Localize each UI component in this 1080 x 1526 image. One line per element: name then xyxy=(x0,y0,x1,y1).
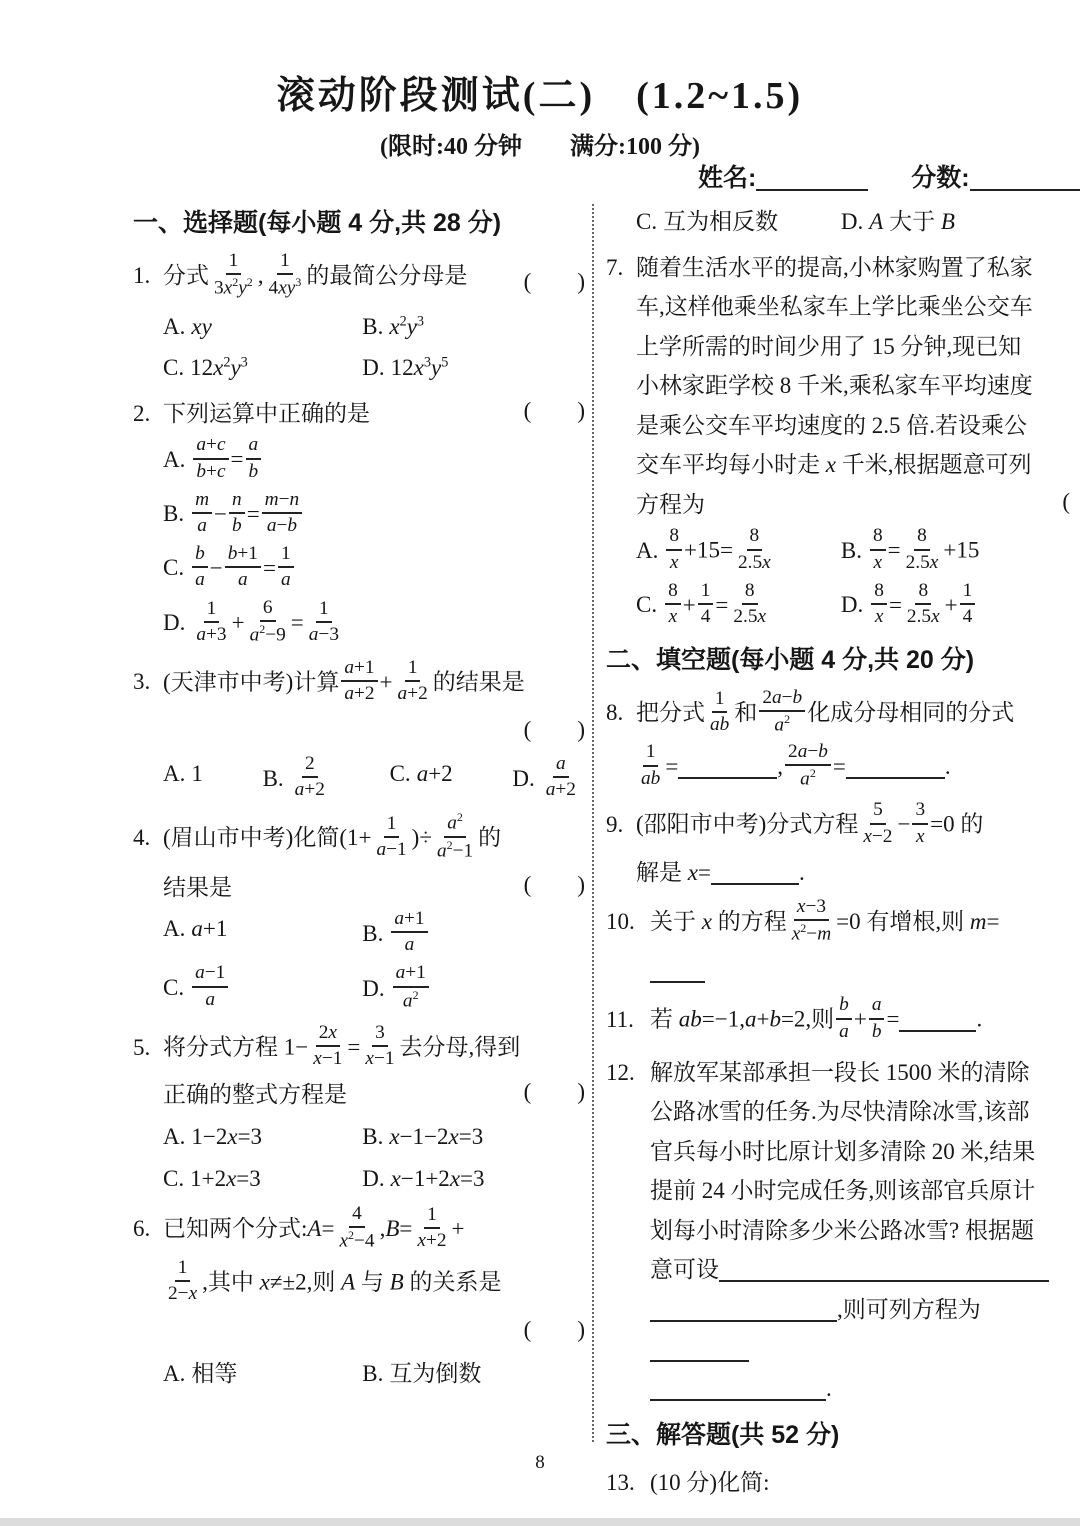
question-line: 方程为( xyxy=(636,485,1072,525)
fraction: x−3x2−m xyxy=(789,895,834,947)
option-label: A. xyxy=(163,761,185,786)
question-line: 3.(天津市中考)计算a+1a+2+1a+2的结果是 xyxy=(163,658,587,710)
fraction: 8x xyxy=(666,524,682,574)
answer-bracket: ( ) xyxy=(524,710,585,750)
fraction: 1a xyxy=(278,542,294,592)
option-A: A.8x+15=82.5x xyxy=(636,525,841,579)
fraction: b+1a xyxy=(225,542,261,592)
fraction: 14xy3 xyxy=(266,249,305,301)
question-9: 9.(邵阳市中考)分式方程5x−2−3x=0 的解是 x=. xyxy=(606,800,1072,892)
option-D: D.12x3y5 xyxy=(362,347,587,389)
option-label: C. xyxy=(163,355,184,380)
options-group: A.xyB.x2y3C.12x2y3D.12x3y5 xyxy=(163,306,587,389)
options-group: A.a+cb+c=abB.ma−nb=m−na−bC.ba−b+1a=1aD.1… xyxy=(163,434,587,653)
question-number: 10. xyxy=(606,902,650,942)
question-line: 5.将分式方程 1−2xx−1=3x−1去分母,得到 xyxy=(163,1023,587,1075)
option-label: D. xyxy=(841,592,863,617)
question-line: 小林家距学校 8 千米,乘私家车平均速度 xyxy=(636,366,1072,406)
question-2: 2.下列运算中正确的是( )A.a+cb+c=abB.ma−nb=m−na−bC… xyxy=(133,394,587,653)
question-number: 12. xyxy=(606,1053,650,1093)
section-heading: 一、选择题(每小题 4 分,共 28 分) xyxy=(133,202,587,245)
blank-line xyxy=(711,860,799,885)
option-label: D. xyxy=(841,209,863,234)
fraction: 6a2−9 xyxy=(247,596,289,648)
answer-bracket: ( xyxy=(1062,482,1070,522)
option-label: A. xyxy=(163,1124,185,1149)
page-title: 滚动阶段测试(二) (1.2~1.5) xyxy=(0,64,1080,119)
question-line: 8.把分式1ab和2a−ba2化成分母相同的分式 xyxy=(636,688,1072,742)
fraction: 1ab xyxy=(707,687,732,737)
option-B: B.8x=82.5x+15 xyxy=(841,525,1072,579)
option-C: C.a+2 xyxy=(390,753,453,807)
name-score-line: 姓名: 分数: xyxy=(698,158,1080,194)
question-line: 10.关于 x 的方程x−3x2−m=0 有增根,则 m= xyxy=(650,897,1072,951)
question-line: 意可设 xyxy=(650,1250,1072,1290)
option-A: A.1 xyxy=(163,753,203,807)
option-B: B.x2y3 xyxy=(362,306,587,348)
option-B: B.x−1−2x=3 xyxy=(362,1116,587,1158)
fraction: a+cb+c xyxy=(193,433,228,483)
option-D: D.A 大于 B xyxy=(841,201,1072,243)
bottom-scan-bar xyxy=(0,1518,1080,1526)
question-line: 12.解放军某部承担一段长 1500 米的清除 xyxy=(650,1053,1072,1093)
fraction: 13x2y2 xyxy=(211,249,256,301)
question-number: 5. xyxy=(133,1028,163,1068)
fraction: 1a+2 xyxy=(395,656,431,706)
fraction: 3x−1 xyxy=(362,1021,397,1071)
option-label: B. xyxy=(841,538,862,563)
option-label: D. xyxy=(512,766,534,791)
fraction: a+1a+2 xyxy=(341,656,377,706)
column-divider xyxy=(592,204,594,1442)
question-line: 1ab=,2a−ba2=. xyxy=(636,742,1072,796)
option-B: B.ma−nb=m−na−b xyxy=(163,489,587,543)
option-D: D.aa+2 xyxy=(512,753,581,807)
name-label: 姓名: xyxy=(698,164,756,192)
fraction: 1a−3 xyxy=(306,597,342,647)
question-number: 7. xyxy=(606,248,636,288)
question-line: 4.(眉山市中考)化简(1+1a−1)÷a2a2−1的 xyxy=(163,812,587,867)
question-11: 11.若 ab=−1,a+b=2,则ba+ab=. xyxy=(606,995,1072,1047)
page-number: 8 xyxy=(0,1452,1080,1474)
question-line: 提前 24 小时完成任务,则该部官兵原计 xyxy=(650,1171,1072,1211)
option-A: A.xy xyxy=(163,306,362,348)
question-line: 1.分式13x2y2,14xy3的最简公分母是( ) xyxy=(163,251,587,305)
option-label: B. xyxy=(362,1124,383,1149)
answer-bracket: ( ) xyxy=(524,1310,585,1350)
question-number: 1. xyxy=(133,256,163,296)
option-label: A. xyxy=(163,1361,185,1386)
question-line: 12−x,其中 x≠±2,则 A 与 B 的关系是 xyxy=(163,1258,587,1310)
question-line: 6.已知两个分式:A=4x2−4,B=1x+2+ xyxy=(163,1204,587,1258)
fraction: ab xyxy=(246,433,262,483)
blank-line xyxy=(678,754,777,779)
option-label: B. xyxy=(263,766,284,791)
fraction: 82.5x xyxy=(904,579,943,629)
question-number: 11. xyxy=(606,1000,650,1040)
question-line: 交车平均每小时走 x 千米,根据题意可列 xyxy=(636,445,1072,485)
option-C: C.1+2x=3 xyxy=(163,1158,362,1200)
answer-bracket: ( ) xyxy=(524,391,585,431)
question-line: . xyxy=(650,1369,1072,1409)
question-number: 3. xyxy=(133,662,163,702)
question-line: 官兵每小时比原计划多清除 20 米,结果 xyxy=(650,1132,1072,1172)
answer-bracket: ( ) xyxy=(524,1072,585,1112)
name-blank xyxy=(756,164,868,191)
fraction: 2a−ba2 xyxy=(785,740,831,792)
question-line: 车,这样他乘坐私家车上学比乘坐公交车 xyxy=(636,287,1072,327)
option-label: D. xyxy=(362,355,384,380)
fraction: 1x+2 xyxy=(414,1203,449,1253)
question-line: 2.下列运算中正确的是( ) xyxy=(163,394,587,434)
fraction: 5x−2 xyxy=(860,798,895,848)
fraction: a−1a xyxy=(192,961,228,1011)
option-C: C.12x2y3 xyxy=(163,347,362,389)
option-label: D. xyxy=(362,1166,384,1191)
option-A: A.a+cb+c=ab xyxy=(163,434,587,488)
question-3: 3.(天津市中考)计算a+1a+2+1a+2的结果是( )A.1B.2a+2C.… xyxy=(133,658,587,808)
option-C: C.ba−b+1a=1a xyxy=(163,543,587,597)
score-blank xyxy=(970,164,1080,191)
option-D: D.1a+3+6a2−9=1a−3 xyxy=(163,597,587,653)
blank-line xyxy=(650,1337,749,1362)
options-group: A.1B.2a+2C.a+2D.aa+2 xyxy=(163,753,587,807)
question-line: 上学所需的时间少用了 15 分钟,现已知 xyxy=(636,327,1072,367)
question-line: 11.若 ab=−1,a+b=2,则ba+ab=. xyxy=(650,995,1072,1047)
fraction: a2a2−1 xyxy=(434,810,476,863)
question-line: 划每小时清除多少米公路冰雪? 根据题 xyxy=(650,1211,1072,1251)
option-C: C.a−1a xyxy=(163,962,362,1018)
page-subtitle: (限时:40 分钟 满分:100 分) xyxy=(0,126,1080,161)
score-label: 分数: xyxy=(911,164,969,192)
question-5: 5.将分式方程 1−2xx−1=3x−1去分母,得到正确的整式方程是( )A.1… xyxy=(133,1023,587,1199)
question-line: 7.随着生活水平的提高,小林家购置了私家 xyxy=(636,248,1072,288)
answer-bracket: ( ) xyxy=(524,865,585,905)
option-label: C. xyxy=(636,592,657,617)
fraction: 82.5x xyxy=(730,579,769,629)
question-8: 8.把分式1ab和2a−ba2化成分母相同的分式1ab=,2a−ba2=. xyxy=(606,688,1072,795)
fraction: 82.5x xyxy=(903,524,942,574)
option-D: D.8x=82.5x+14 xyxy=(841,580,1072,634)
option-A: A.相等 xyxy=(163,1353,362,1395)
option-D: D.a+1a2 xyxy=(362,962,587,1018)
left-column: 一、选择题(每小题 4 分,共 28 分)1.分式13x2y2,14xy3的最简… xyxy=(133,200,587,1400)
option-label: D. xyxy=(362,976,384,1001)
option-A: A.a+1 xyxy=(163,908,362,962)
fraction: 1ab xyxy=(638,740,663,790)
options-group: A.1−2x=3B.x−1−2x=3C.1+2x=3D.x−1+2x=3 xyxy=(163,1116,587,1199)
options-group: A.a+1B.a+1aC.a−1aD.a+1a2 xyxy=(163,908,587,1018)
option-label: A. xyxy=(636,538,658,563)
options-group: A.8x+15=82.5xB.8x=82.5x+15C.8x+14=82.5xD… xyxy=(636,525,1072,634)
question-7: 7.随着生活水平的提高,小林家购置了私家车,这样他乘坐私家车上学比乘坐公交车上学… xyxy=(606,248,1072,634)
fraction: ba xyxy=(836,993,852,1043)
option-label: A. xyxy=(163,314,185,339)
question-line: 公路冰雪的任务.为尽快清除冰雪,该部 xyxy=(650,1092,1072,1132)
option-label: C. xyxy=(390,761,411,786)
question-line xyxy=(650,951,1072,991)
right-column: C.互为相反数D.A 大于 B7.随着生活水平的提高,小林家购置了私家车,这样他… xyxy=(606,200,1072,1507)
section-heading: 二、填空题(每小题 4 分,共 20 分) xyxy=(606,639,1072,682)
question-12: 12.解放军某部承担一段长 1500 米的清除公路冰雪的任务.为尽快清除冰雪,该… xyxy=(606,1053,1072,1409)
question-line: ( ) xyxy=(163,710,587,752)
option-label: C. xyxy=(636,209,657,234)
fraction: a+1a2 xyxy=(393,961,429,1013)
option-label: B. xyxy=(362,921,383,946)
test-paper-page: 滚动阶段测试(二) (1.2~1.5) (限时:40 分钟 满分:100 分) … xyxy=(0,0,1080,1526)
blank-line xyxy=(899,1007,976,1032)
question-line: 是乘公交车平均速度的 2.5 倍.若设乘公 xyxy=(636,406,1072,446)
fraction: ab xyxy=(869,993,885,1043)
question-line: ( ) xyxy=(163,1310,587,1352)
option-label: C. xyxy=(163,1166,184,1191)
option-label: B. xyxy=(362,1361,383,1386)
question-4: 4.(眉山市中考)化简(1+1a−1)÷a2a2−1的结果是( )A.a+1B.… xyxy=(133,812,587,1018)
option-C: C.互为相反数 xyxy=(636,201,841,243)
question-6: 6.已知两个分式:A=4x2−4,B=1x+2+12−x,其中 x≠±2,则 A… xyxy=(133,1204,587,1395)
fraction: 8x xyxy=(870,524,886,574)
option-B: B.2a+2 xyxy=(263,753,330,807)
options-group: A.相等B.互为倒数 xyxy=(163,1353,587,1395)
fraction: 1a−1 xyxy=(373,812,409,862)
fraction: 1a+3 xyxy=(193,597,229,647)
fraction: ma xyxy=(192,488,212,538)
question-number: 4. xyxy=(133,818,163,858)
fraction: aa+2 xyxy=(543,752,579,802)
option-label: B. xyxy=(362,314,383,339)
fraction: 3x xyxy=(912,798,928,848)
blank-line xyxy=(650,1297,837,1322)
option-label: D. xyxy=(163,610,185,635)
option-label: A. xyxy=(163,916,185,941)
question-options-continued: C.互为相反数D.A 大于 B xyxy=(606,201,1072,243)
question-line: 解是 x=. xyxy=(636,853,1072,893)
fraction: 14 xyxy=(960,579,976,629)
question-10: 10.关于 x 的方程x−3x2−m=0 有增根,则 m= xyxy=(606,897,1072,990)
question-number: 8. xyxy=(606,693,636,733)
option-label: C. xyxy=(163,975,184,1000)
options-group: C.互为相反数D.A 大于 B xyxy=(636,201,1072,243)
option-D: D.x−1+2x=3 xyxy=(362,1158,587,1200)
question-line: 正确的整式方程是( ) xyxy=(163,1075,587,1115)
fraction: m−na−b xyxy=(262,488,303,538)
fraction: ba xyxy=(192,542,208,592)
blank-line xyxy=(650,1376,826,1401)
fraction: 12−x xyxy=(165,1256,200,1306)
option-label: C. xyxy=(163,555,184,580)
option-C: C.8x+14=82.5x xyxy=(636,580,841,634)
fraction: 2a+2 xyxy=(292,752,328,802)
question-line: ,则可列方程为 xyxy=(650,1290,1072,1369)
fraction: 8x xyxy=(871,579,887,629)
fraction: 82.5x xyxy=(735,524,774,574)
question-number: 6. xyxy=(133,1209,163,1249)
option-A: A.1−2x=3 xyxy=(163,1116,362,1158)
question-number: 9. xyxy=(606,805,636,845)
blank-line xyxy=(846,754,945,779)
section-heading: 三、解答题(共 52 分) xyxy=(606,1414,1072,1457)
fraction: 8x xyxy=(665,579,681,629)
fraction: a+1a xyxy=(391,907,427,957)
blank-line xyxy=(650,958,705,983)
question-number: 2. xyxy=(133,394,163,434)
fraction: 4x2−4 xyxy=(336,1202,377,1254)
option-label: A. xyxy=(163,447,185,472)
fraction: nb xyxy=(229,488,245,538)
question-line: 9.(邵阳市中考)分式方程5x−2−3x=0 的 xyxy=(636,800,1072,852)
answer-bracket: ( ) xyxy=(524,262,585,302)
question-line: 结果是( ) xyxy=(163,868,587,908)
blank-line xyxy=(719,1257,1049,1282)
fraction: 2xx−1 xyxy=(310,1021,345,1071)
fraction: 2a−ba2 xyxy=(759,686,805,738)
option-B: B.互为倒数 xyxy=(362,1353,587,1395)
fraction: 14 xyxy=(698,579,714,629)
question-1: 1.分式13x2y2,14xy3的最简公分母是( )A.xyB.x2y3C.12… xyxy=(133,251,587,389)
option-B: B.a+1a xyxy=(362,908,587,962)
option-label: B. xyxy=(163,501,184,526)
